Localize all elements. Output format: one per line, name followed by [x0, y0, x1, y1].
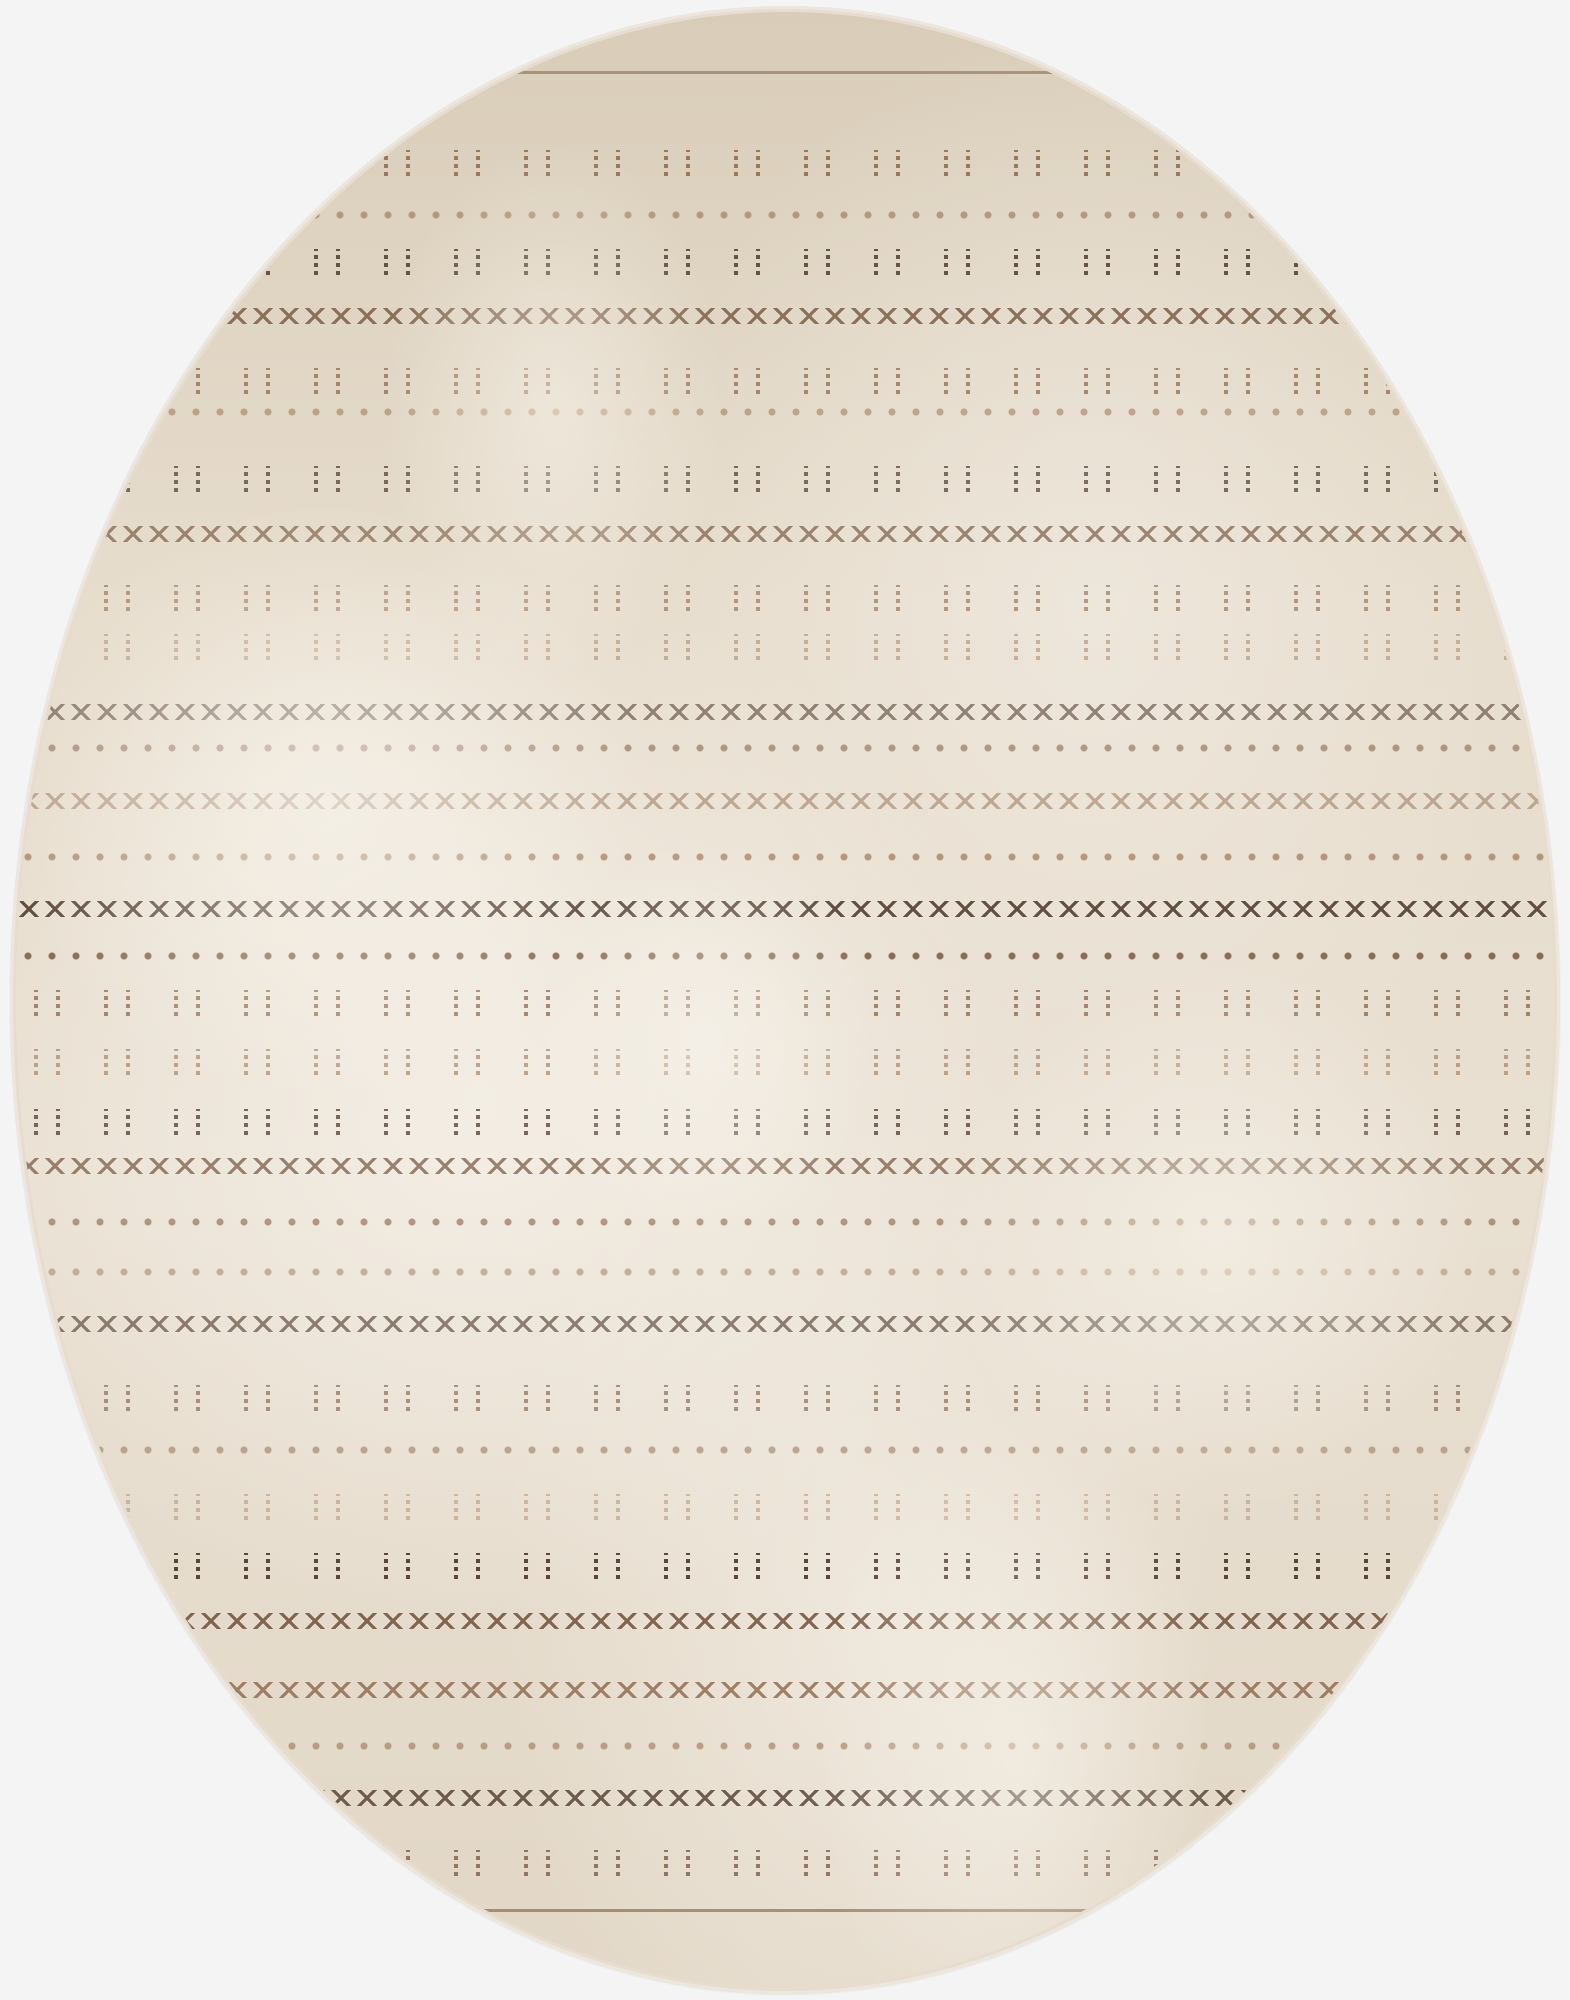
rug-pattern-field	[16, 12, 1554, 1988]
oval-rug	[10, 6, 1560, 1994]
rug-mottle-overlay	[16, 12, 1554, 1988]
